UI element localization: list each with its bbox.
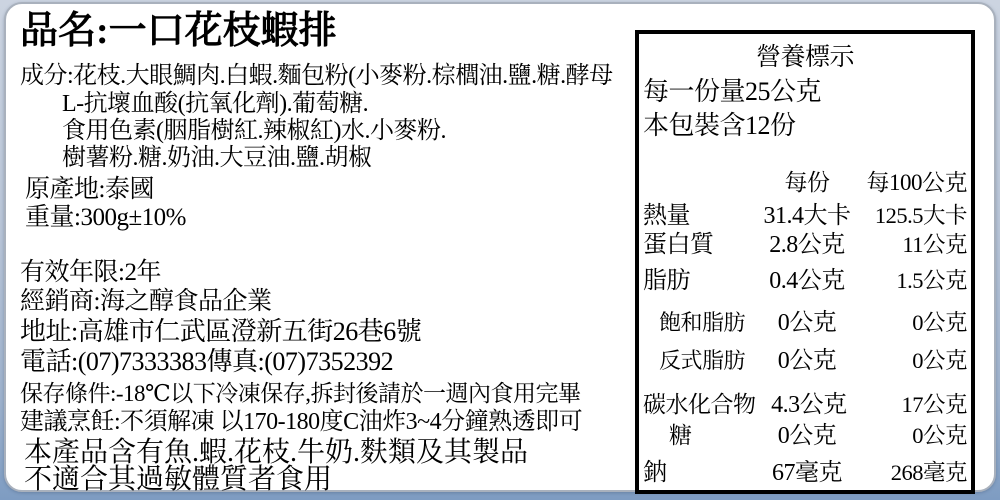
- allergen-line: 本產品含有魚.蝦.花枝.牛奶.麩類及其製品: [24, 438, 528, 467]
- weight-line: 重量:300g±10%: [25, 205, 186, 231]
- allergen-line: 不適合其過敏體質者食用: [24, 465, 332, 494]
- storage-line: 保存條件:-18℃以下冷凍保存,拆封後請於一週內食用完畢: [20, 382, 581, 406]
- ingredients-line: 食用色素(胭脂樹紅.辣椒紅)水.小麥粉.: [62, 119, 446, 144]
- ingredients-line: L-抗壞血酸(抗氧化劑).葡萄糖.: [62, 92, 368, 117]
- product-title: 品名:一口花枝蝦排: [20, 12, 337, 52]
- nutrition-row-sugar: 糖 0公克 0公克: [643, 415, 967, 450]
- page-background: 品名:一口花枝蝦排 成分:花枝.大眼鯛肉.白蝦.麵包粉(小麥粉.棕櫚油.鹽.糖.…: [0, 0, 1000, 500]
- cooking-line: 建議烹飪:不須解凍 以170-180度C油炸3~4分鐘熟透即可: [20, 410, 582, 435]
- nutrition-row-carbohydrate: 碳水化合物 4.3公克 17公克: [643, 384, 967, 419]
- nutrition-row-protein: 蛋白質 2.8公克 11公克: [643, 224, 967, 259]
- nutrition-row-saturated-fat: 飽和脂肪 0公克 0公克: [643, 302, 967, 337]
- nutrition-panel: 營養標示 每一份量25公克 本包裝含12份 每份 每100公克 熱量 31.4大…: [635, 30, 975, 494]
- nutrition-row-fat: 脂肪 0.4公克 1.5公克: [643, 260, 967, 295]
- nutrition-row-trans-fat: 反式脂肪 0公克 0公克: [643, 340, 967, 375]
- serving-size: 每一份量25公克: [643, 78, 821, 105]
- nutrition-row-sodium: 鈉 67毫克 268毫克: [643, 452, 967, 487]
- distributor-line: 經銷商:海之醇食品企業: [20, 289, 271, 315]
- nutrition-header-row: 每份 每100公克: [643, 164, 967, 197]
- nutrition-title: 營養標示: [639, 45, 971, 71]
- shelf-life-line: 有效年限:2年: [20, 260, 161, 286]
- address-line: 地址:高雄市仁武區澄新五街26巷6號: [20, 318, 421, 345]
- label-card: 品名:一口花枝蝦排 成分:花枝.大眼鯛肉.白蝦.麵包粉(小麥粉.棕櫚油.鹽.糖.…: [4, 2, 996, 492]
- ingredients-line: 成分:花枝.大眼鯛肉.白蝦.麵包粉(小麥粉.棕櫚油.鹽.糖.酵母: [20, 64, 613, 89]
- servings-per-pack: 本包裝含12份: [643, 112, 796, 139]
- col-header-per-serving: 每份: [753, 164, 861, 197]
- col-header-per-100g: 每100公克: [861, 164, 967, 197]
- phone-fax-line: 電話:(07)7333383傳真:(07)7352392: [20, 348, 393, 375]
- origin-line: 原產地:泰國: [25, 177, 154, 203]
- ingredients-line: 樹薯粉.糖.奶油.大豆油.鹽.胡椒: [62, 146, 372, 171]
